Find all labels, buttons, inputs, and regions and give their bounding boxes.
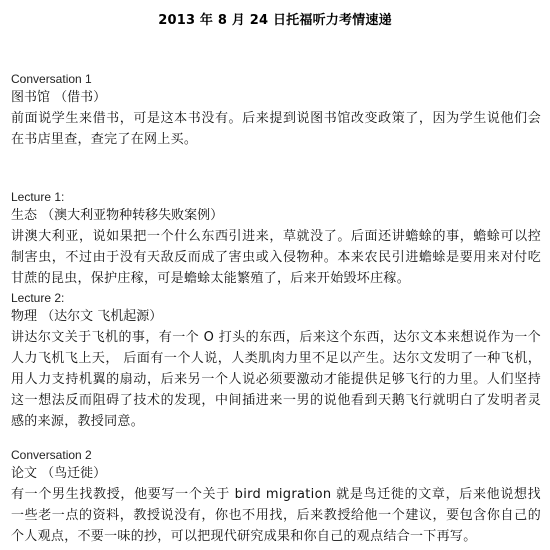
section-topic: 物理 （达尔文 飞机起源）	[11, 307, 541, 327]
section-body: 讲澳大利亚，说如果把一个什么东西引进来，草就没了。后面还讲蟾蜍的事，蟾蜍可以控制…	[11, 226, 541, 289]
section-body: 有一个男生找教授，他要写一个关于 bird migration 就是鸟迁徙的文章…	[11, 484, 541, 547]
document-page: ® 2013 年 8 月 24 日托福听力考情速递 Conversation 1…	[0, 0, 550, 550]
section-label: Conversation 2	[11, 447, 541, 464]
section-label: Conversation 1	[11, 71, 541, 88]
section-body: 讲达尔文关于飞机的事，有一个 O 打头的东西，后来这个东西，达尔文本来想说作为一…	[11, 327, 541, 432]
section-label: Lecture 2:	[11, 290, 541, 307]
watermark-registered-mark: ®	[395, 175, 407, 189]
document-title: 2013 年 8 月 24 日托福听力考情速递	[0, 9, 550, 28]
section-topic: 图书馆 （借书）	[11, 88, 541, 108]
section-lecture-1: Lecture 1: 生态 （澳大利亚物种转移失败案例） 讲澳大利亚，说如果把一…	[11, 189, 541, 289]
section-label: Lecture 1:	[11, 189, 541, 206]
section-topic: 生态 （澳大利亚物种转移失败案例）	[11, 206, 541, 226]
section-conversation-1: Conversation 1 图书馆 （借书） 前面说学生来借书，可是这本书没有…	[11, 71, 541, 150]
section-conversation-2: Conversation 2 论文 （鸟迁徙） 有一个男生找教授，他要写一个关于…	[11, 447, 541, 547]
section-topic: 论文 （鸟迁徙）	[11, 464, 541, 484]
section-body: 前面说学生来借书，可是这本书没有。后来提到说图书馆改变政策了，因为学生说他们会在…	[11, 108, 541, 150]
section-lecture-2: Lecture 2: 物理 （达尔文 飞机起源） 讲达尔文关于飞机的事，有一个 …	[11, 290, 541, 432]
